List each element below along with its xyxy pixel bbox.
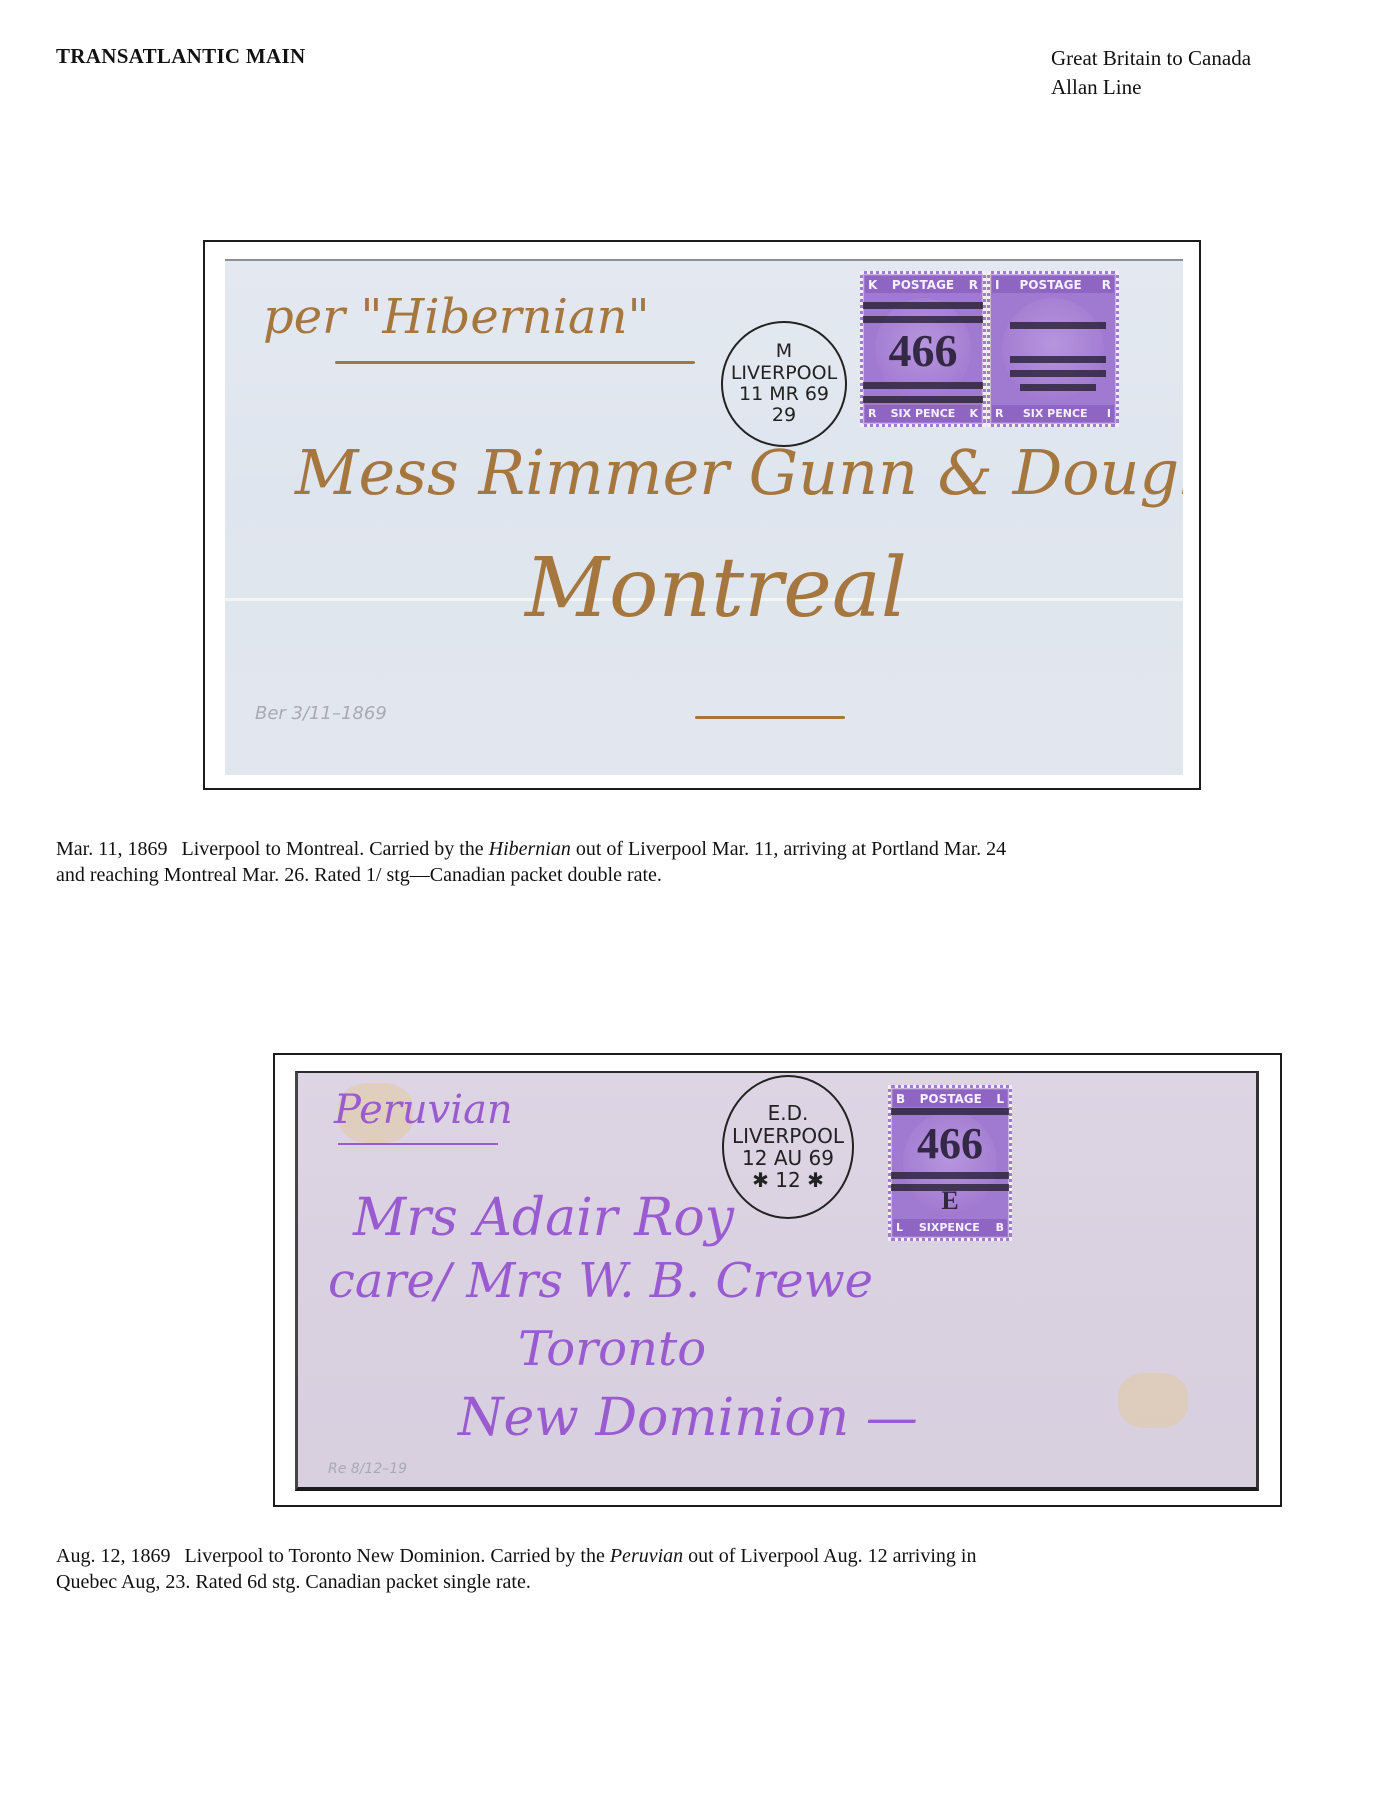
cover-frame-1: per "Hibernian" Mess Rimmer Gunn & Dougl…	[203, 240, 1201, 790]
postmark-date: 12 AU 69	[742, 1147, 834, 1169]
caption-cover-1: Mar. 11, 1869Liverpool to Montreal. Carr…	[56, 836, 1306, 888]
postmark-code: M	[776, 341, 792, 362]
postmark-town: LIVERPOOL	[731, 363, 837, 384]
caption-cover-2: Aug. 12, 1869Liverpool to Toronto New Do…	[56, 1543, 1306, 1595]
cancel-letter: E	[888, 1186, 1012, 1216]
ship-endorsement: Peruvian	[334, 1087, 513, 1133]
postmark-number: 29	[772, 405, 796, 426]
destination-city: Montreal	[525, 541, 907, 636]
liverpool-postmark: E.D. LIVERPOOL 12 AU 69 ✱ 12 ✱	[722, 1075, 854, 1219]
postmark-town: LIVERPOOL	[732, 1125, 844, 1147]
numeral-cancel: 466	[888, 1118, 1012, 1169]
caption-line-2: and reaching Montreal Mar. 26. Rated 1/ …	[56, 862, 1306, 888]
city-underline	[695, 716, 845, 719]
cover-frame-2: Peruvian Mrs Adair Roy care/ Mrs W. B. C…	[273, 1053, 1282, 1507]
destination-city: Toronto	[518, 1321, 706, 1377]
caption-line-1: Aug. 12, 1869Liverpool to Toronto New Do…	[56, 1543, 1306, 1569]
stamp-six-pence-1: KPOSTAGER 466 RSIX PENCEK	[860, 271, 986, 427]
cover-image-2: Peruvian Mrs Adair Roy care/ Mrs W. B. C…	[295, 1071, 1259, 1491]
addressee-line: Mess Rimmer Gunn & Douglas	[295, 436, 1183, 509]
caption-line-1: Mar. 11, 1869Liverpool to Montreal. Carr…	[56, 836, 1306, 862]
liverpool-postmark: M LIVERPOOL 11 MR 69 29	[721, 321, 847, 447]
postmark-number: ✱ 12 ✱	[752, 1169, 824, 1191]
endorsement-underline	[338, 1143, 498, 1145]
pencil-note: Re 8/12–19	[328, 1461, 407, 1477]
ship-name: Peruvian	[610, 1545, 683, 1567]
page-subtitle: Great Britain to Canada Allan Line	[1051, 44, 1251, 102]
cover-image-1: per "Hibernian" Mess Rimmer Gunn & Dougl…	[225, 259, 1183, 775]
ship-name: Hibernian	[489, 838, 571, 860]
shipping-line-label: Allan Line	[1051, 73, 1251, 102]
caption-line-2: Quebec Aug, 23. Rated 6d stg. Canadian p…	[56, 1569, 1306, 1595]
toning-stain	[1118, 1373, 1188, 1428]
caption-date: Aug. 12, 1869	[56, 1545, 170, 1567]
pencil-note: Ber 3/11–1869	[255, 703, 387, 724]
postmark-date: 11 MR 69	[739, 384, 829, 405]
caption-date: Mar. 11, 1869	[56, 838, 167, 860]
stamp-six-pence: BPOSTAGEL 466 E LSIXPENCEB	[888, 1085, 1012, 1241]
section-title: TRANSATLANTIC MAIN	[56, 44, 305, 69]
route-label: Great Britain to Canada	[1051, 44, 1251, 73]
numeral-cancel: 466	[860, 324, 986, 377]
destination-country: New Dominion —	[458, 1388, 918, 1448]
care-of-line: care/ Mrs W. B. Crewe	[328, 1253, 873, 1309]
stamp-six-pence-2: IPOSTAGER RSIX PENCEI	[987, 271, 1119, 427]
ship-endorsement: per "Hibernian"	[263, 289, 650, 345]
addressee-line: Mrs Adair Roy	[353, 1188, 734, 1248]
postmark-code: E.D.	[768, 1102, 809, 1124]
endorsement-underline	[335, 361, 695, 364]
